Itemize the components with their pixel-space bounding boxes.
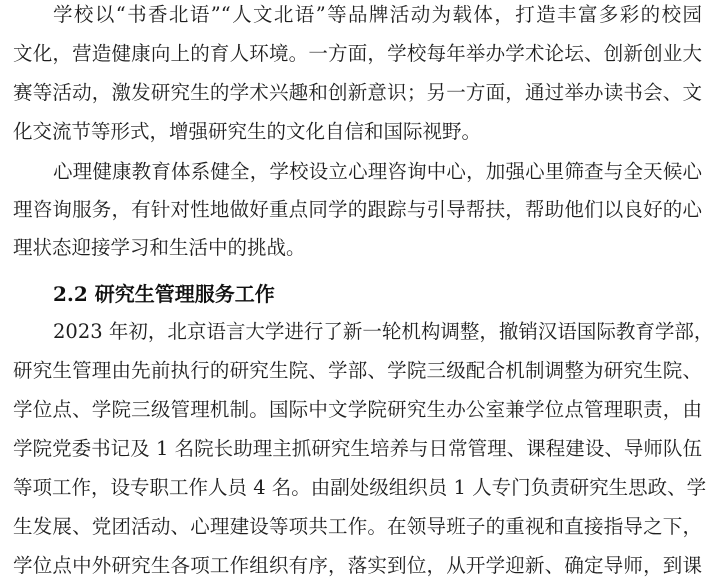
text-line: 赛等活动，激发研究生的学术兴趣和创新意识；另一方面，通过举办读书会、文 [13, 81, 702, 105]
text-line: 心理健康教育体系健全，学校设立心理咨询中心，加强心里筛查与全天候心 [53, 160, 702, 184]
text-line: 学院党委书记及 1 名院长助理主抓研究生培养与日常管理、课程建设、导师队伍 [13, 437, 702, 461]
text-line: 研究生管理由先前执行的研究生院、学部、学院三级配合机制调整为研究生院、 [13, 359, 702, 383]
text-line: 2023 年初，北京语言大学进行了新一轮机构调整，撤销汉语国际教育学部， [53, 320, 702, 344]
text-line: 等项工作，设专职工作人员 4 名。由副处级组织员 1 人专门负责研究生思政、学 [13, 476, 702, 500]
text-line: 理状态迎接学习和生活中的挑战。 [13, 236, 702, 260]
text-line: 文化，营造健康向上的育人环境。一方面，学校每年举办学术论坛、创新创业大 [13, 42, 702, 66]
text-line: 学校以“书香北语”“人文北语”等品牌活动为载体，打造丰富多彩的校园 [53, 3, 702, 27]
text-line: 化交流节等形式，增强研究生的文化自信和国际视野。 [13, 120, 702, 144]
text-line: 生发展、党团活动、心理建设等项共工作。在领导班子的重视和直接指导之下， [13, 515, 702, 539]
text-line: 理咨询服务，有针对性地做好重点同学的跟踪与引导帮扶，帮助他们以良好的心 [13, 198, 702, 222]
text-line: 学位点、学院三级管理机制。国际中文学院研究生办公室兼学位点管理职责，由 [13, 398, 702, 422]
section-heading: 2.2 研究生管理服务工作 [53, 281, 275, 307]
text-line: 学位点中外研究生各项工作组织有序，落实到位，从开学迎新、确定导师，到课 [13, 554, 702, 578]
